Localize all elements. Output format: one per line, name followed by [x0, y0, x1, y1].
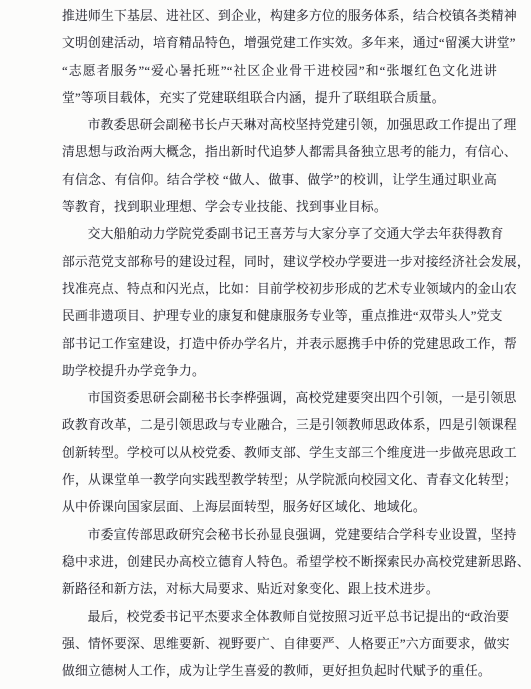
- text-line: “志愿者服务”“爱心暑托班”“社区企业骨干进校园”和“张堰红色文化进讲: [62, 58, 497, 85]
- text-line: 市国资委思研会副秘书长李桦强调，高校党建要突出四个引领，一是引领思: [62, 385, 497, 412]
- text-line: 找准亮点、特点和闪光点，比如：目前学校初步形成的艺术专业领域内的金山农: [62, 276, 497, 303]
- document-page: 推进师生下基层、进社区、到企业，构建多方位的服务体系，结合校镇各类精神文明创建活…: [0, 0, 531, 689]
- text-line: 做细立德树人工作，成为让学生喜爱的教师，更好担负起时代赋予的重任。: [62, 658, 497, 685]
- text-line: 从中侨课向国家层面、上海层面转型，服务好区域化、地域化。: [62, 494, 497, 521]
- document-body: 推进师生下基层、进社区、到企业，构建多方位的服务体系，结合校镇各类精神文明创建活…: [62, 3, 497, 685]
- text-line: 文明创建活动，培育精品特色，增强党建工作实效。多年来，通过“留溪大讲堂”: [62, 30, 497, 57]
- text-line: 政教育改革，二是引领思政与专业融合，三是引领教师思政体系，四是引领课程: [62, 412, 497, 439]
- text-line: 市教委思研会副秘书长卢天琳对高校坚持党建引领，加强思政工作提出了理: [62, 112, 497, 139]
- text-line: 市委宣传部思政研究会秘书长孙显良强调，党建要结合学科专业设置，坚持: [62, 522, 497, 549]
- text-line: 推进师生下基层、进社区、到企业，构建多方位的服务体系，结合校镇各类精神: [62, 3, 497, 30]
- text-line: 堂”等项目载体，充实了党建联组联合内涵，提升了联组联合质量。: [62, 85, 497, 112]
- text-line: 最后，校党委书记平杰要求全体教师自觉按照习近平总书记提出的“政治要: [62, 604, 497, 631]
- text-line: 部书记工作室建设，打造中侨办学名片，并表示愿携手中侨的党建思政工作，帮: [62, 331, 497, 358]
- text-line: 等教育，找到职业理想、学会专业技能、找到事业目标。: [62, 194, 497, 221]
- text-line: 部示范党支部称号的建设过程，同时，建议学校办学要进一步对接经济社会发展，: [62, 249, 497, 276]
- text-line: 创新转型。学校可以从校党委、教师支部、学生支部三个维度进一步做亮思政工: [62, 440, 497, 467]
- text-line: 交大船舶动力学院党委副书记王喜芳与大家分享了交通大学去年获得教育: [62, 221, 497, 248]
- text-line: 有信念、有信仰。结合学校 “做人、做事、做学”的校训，让学生通过职业高: [62, 167, 497, 194]
- text-line: 民画非遗项目、护理专业的康复和健康服务专业等，重点推进“双带头人”党支: [62, 303, 497, 330]
- text-line: 清思想与政治两大概念，指出新时代追梦人都需具备独立思考的能力，有信心、: [62, 139, 497, 166]
- text-line: 作，从课堂单一教学向实践型教学转型；从学院派向校园文化、青春文化转型；: [62, 467, 497, 494]
- text-line: 强、情怀要深、思维要新、视野要广、自律要严、人格要正”六方面要求，做实: [62, 631, 497, 658]
- text-line: 新路径和新方法，对标大局要求、贴近对象变化、跟上技术进步。: [62, 576, 497, 603]
- text-line: 助学校提升办学竞争力。: [62, 358, 497, 385]
- text-line: 稳中求进，创建民办高校立德育人特色。希望学校不断探索民办高校党建新思路、: [62, 549, 497, 576]
